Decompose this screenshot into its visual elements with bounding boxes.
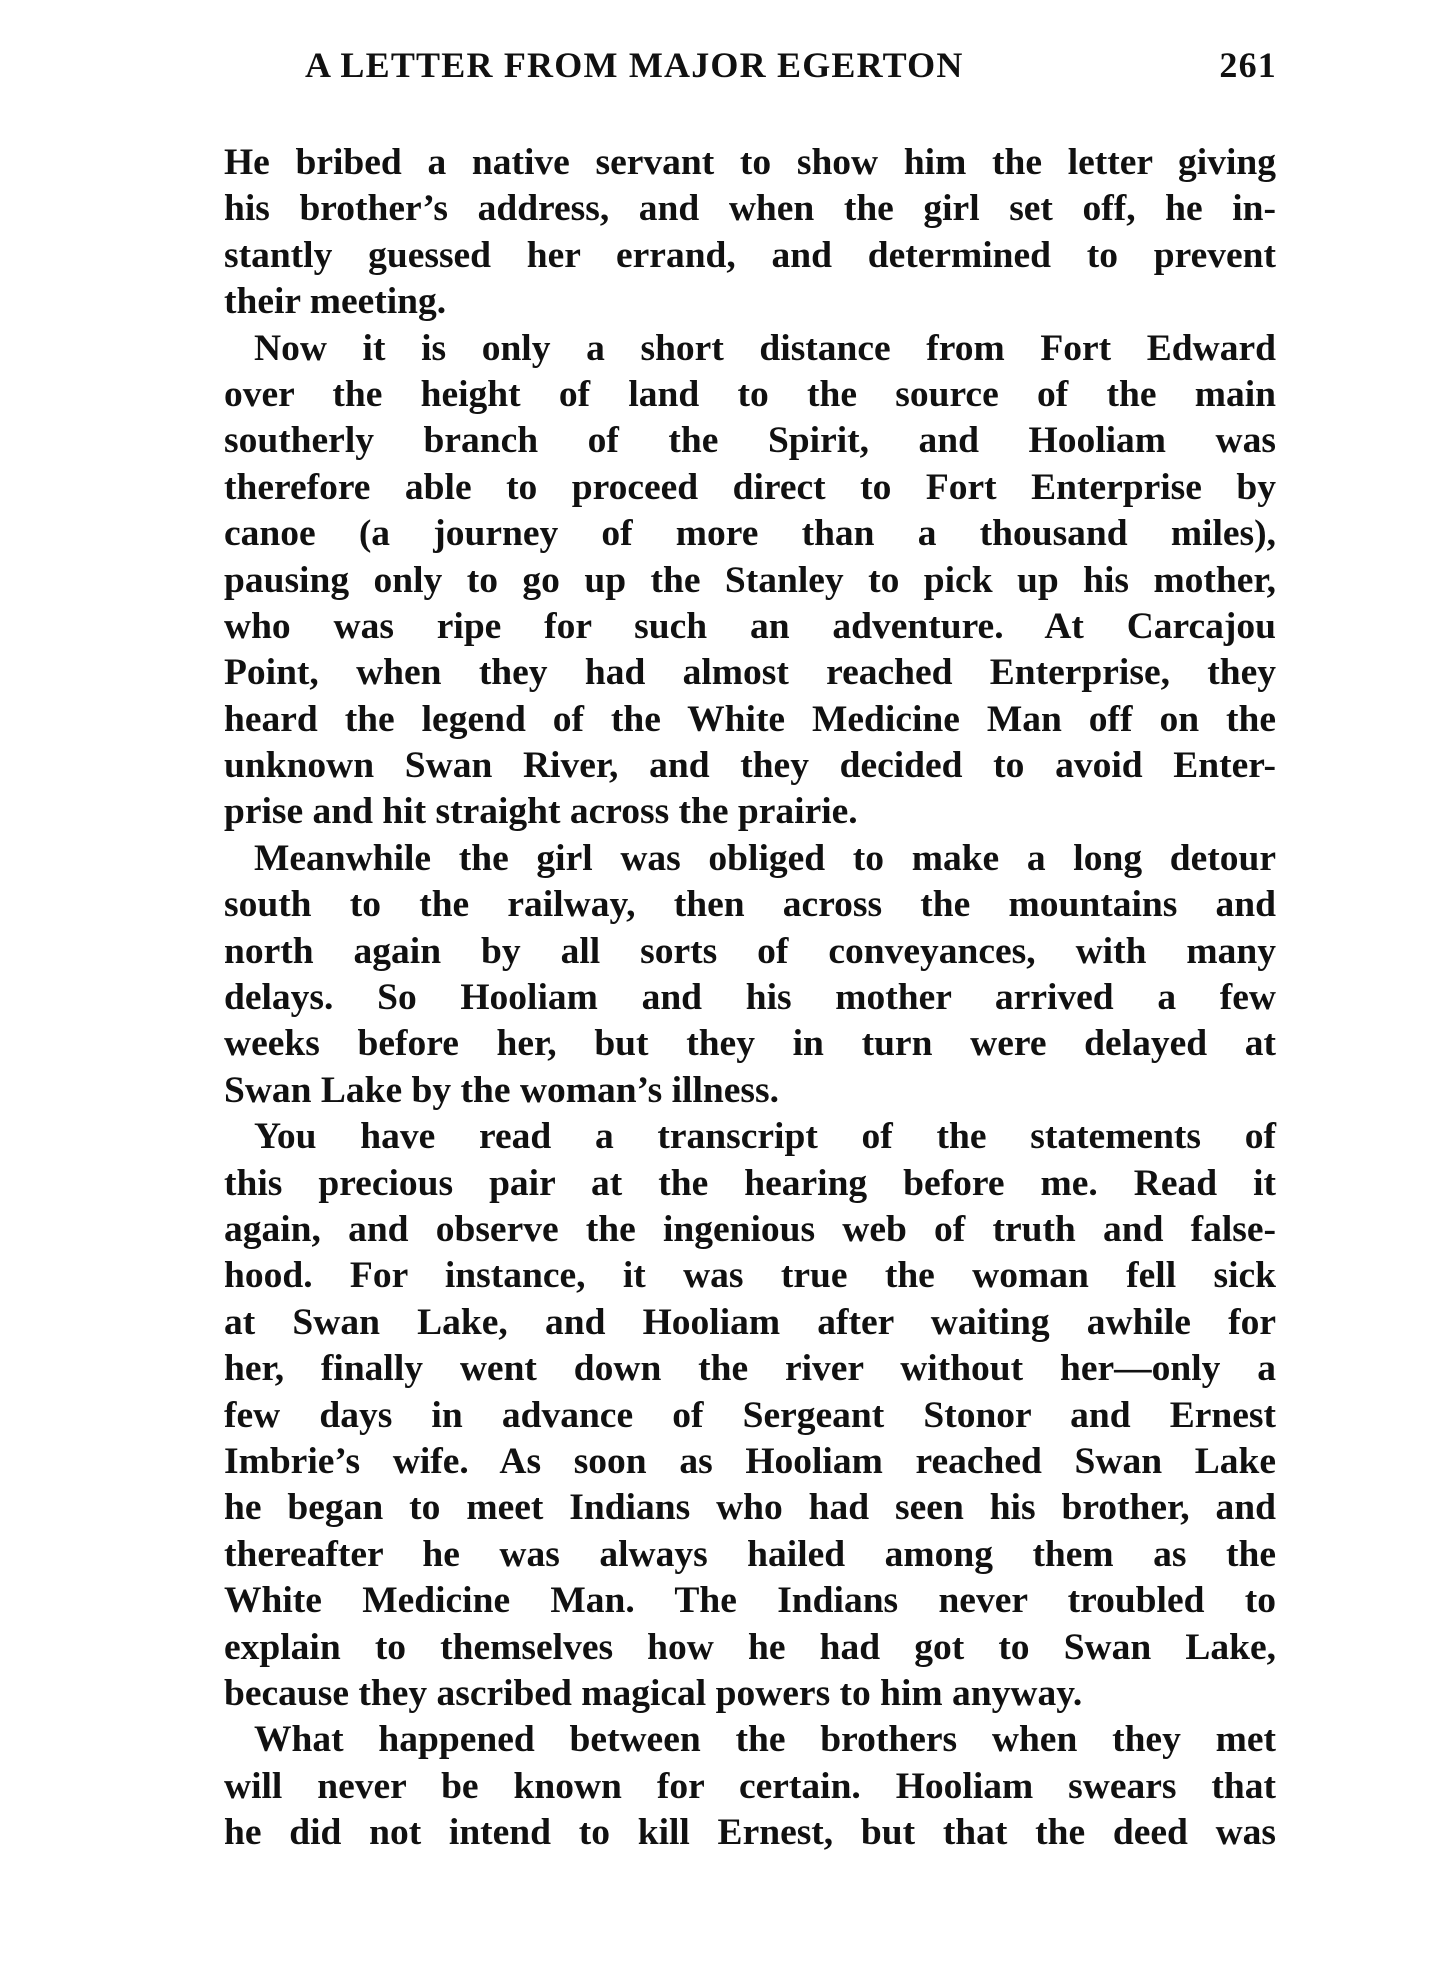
text-line: north again by all sorts of conveyances,… <box>224 929 1276 975</box>
text-line: he began to meet Indians who had seen hi… <box>224 1485 1276 1531</box>
text-line: Swan Lake by the woman’s illness. <box>224 1068 1276 1114</box>
page-body: He bribed a native servant to show him t… <box>224 140 1276 1856</box>
text-line: over the height of land to the source of… <box>224 372 1276 418</box>
text-line: explain to themselves how he had got to … <box>224 1625 1276 1671</box>
text-line: at Swan Lake, and Hooliam after waiting … <box>224 1300 1276 1346</box>
text-line: Meanwhile the girl was obliged to make a… <box>224 836 1276 882</box>
text-line: his brother’s address, and when the girl… <box>224 186 1276 232</box>
text-line: delays. So Hooliam and his mother arrive… <box>224 975 1276 1021</box>
text-line: heard the legend of the White Medicine M… <box>224 697 1276 743</box>
running-head: A LETTER FROM MAJOR EGERTON 261 <box>305 44 1277 90</box>
text-line: White Medicine Man. The Indians never tr… <box>224 1578 1276 1624</box>
text-line: thereafter he was always hailed among th… <box>224 1532 1276 1578</box>
text-line: Now it is only a short distance from For… <box>224 326 1276 372</box>
text-line: who was ripe for such an adventure. At C… <box>224 604 1276 650</box>
text-line: therefore able to proceed direct to Fort… <box>224 465 1276 511</box>
text-line: weeks before her, but they in turn were … <box>224 1021 1276 1067</box>
text-line: southerly branch of the Spirit, and Hool… <box>224 418 1276 464</box>
paragraph-5: What happened between the brothers when … <box>224 1717 1276 1856</box>
paragraph-2: Now it is only a short distance from For… <box>224 326 1276 836</box>
paragraph-4: You have read a transcript of the statem… <box>224 1114 1276 1717</box>
text-line: You have read a transcript of the statem… <box>224 1114 1276 1160</box>
text-line: pausing only to go up the Stanley to pic… <box>224 558 1276 604</box>
text-line: her, finally went down the river without… <box>224 1346 1276 1392</box>
text-line: few days in advance of Sergeant Stonor a… <box>224 1393 1276 1439</box>
text-line: hood. For instance, it was true the woma… <box>224 1253 1276 1299</box>
text-line: their meeting. <box>224 279 1276 325</box>
text-line: Point, when they had almost reached Ente… <box>224 650 1276 696</box>
text-line: will never be known for certain. Hooliam… <box>224 1764 1276 1810</box>
text-line: again, and observe the ingenious web of … <box>224 1207 1276 1253</box>
text-line: he did not intend to kill Ernest, but th… <box>224 1810 1276 1856</box>
text-line: south to the railway, then across the mo… <box>224 882 1276 928</box>
text-line: Imbrie’s wife. As soon as Hooliam reache… <box>224 1439 1276 1485</box>
text-line: prise and hit straight across the prairi… <box>224 789 1276 835</box>
paragraph-1: He bribed a native servant to show him t… <box>224 140 1276 326</box>
text-line: unknown Swan River, and they decided to … <box>224 743 1276 789</box>
text-line: because they ascribed magical powers to … <box>224 1671 1276 1717</box>
chapter-title: A LETTER FROM MAJOR EGERTON <box>305 44 964 86</box>
page-number: 261 <box>1219 44 1277 86</box>
text-line: this precious pair at the hearing before… <box>224 1161 1276 1207</box>
text-line: He bribed a native servant to show him t… <box>224 140 1276 186</box>
text-line: canoe (a journey of more than a thousand… <box>224 511 1276 557</box>
text-line: stantly guessed her errand, and determin… <box>224 233 1276 279</box>
paragraph-3: Meanwhile the girl was obliged to make a… <box>224 836 1276 1114</box>
text-line: What happened between the brothers when … <box>224 1717 1276 1763</box>
